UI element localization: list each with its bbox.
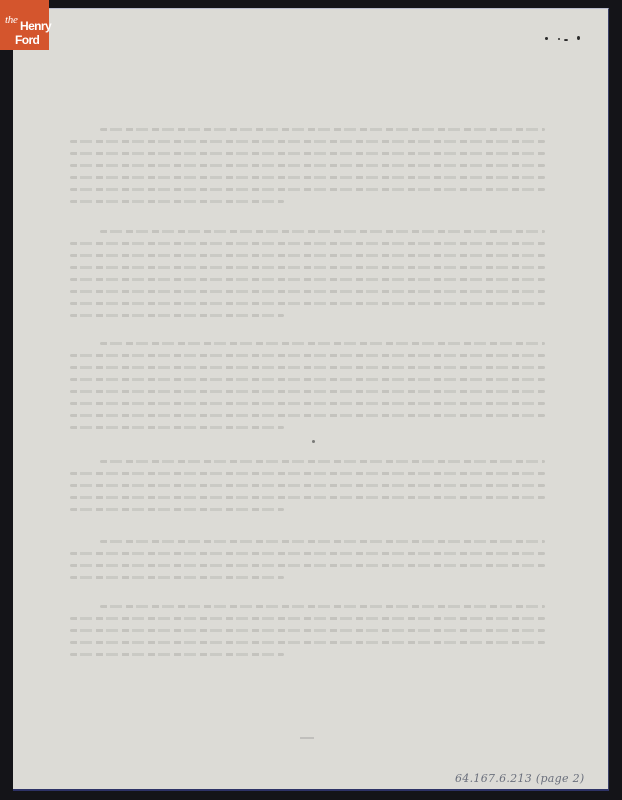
bleed-line (70, 629, 545, 632)
logo-henry: Henry (20, 19, 51, 33)
bleed-line (70, 414, 545, 417)
bleed-line (70, 564, 545, 567)
bleed-line (100, 128, 545, 131)
bleed-line (70, 426, 284, 429)
logo-the: the (5, 14, 18, 26)
bleed-line (100, 540, 545, 543)
bleed-line (70, 314, 284, 317)
bleed-line (70, 266, 545, 269)
bleed-line (70, 290, 545, 293)
bleed-paragraph (70, 128, 545, 212)
bleed-paragraph (70, 460, 545, 520)
bleed-line (70, 140, 545, 143)
bleed-line (70, 496, 545, 499)
bleed-line (70, 508, 284, 511)
bleed-line (70, 164, 545, 167)
bleed-line (70, 152, 545, 155)
bleed-line (70, 390, 545, 393)
bleed-line (100, 460, 545, 463)
ink-specks (544, 36, 584, 46)
bleed-line (70, 176, 545, 179)
bleed-line (70, 302, 545, 305)
bleed-line (100, 342, 545, 345)
faint-mark (300, 737, 314, 739)
bleed-line (70, 653, 284, 656)
bleed-line (70, 354, 545, 357)
bleed-line (70, 617, 545, 620)
bleed-line (70, 278, 545, 281)
bleed-line (100, 230, 545, 233)
ink-dot (312, 440, 315, 443)
bleed-line (70, 472, 545, 475)
bleed-line (70, 484, 545, 487)
bleed-paragraph (70, 605, 545, 665)
bleed-paragraph (70, 540, 545, 588)
bleed-line (70, 366, 545, 369)
bleed-line (70, 188, 545, 191)
logo-ford: Ford (15, 33, 39, 47)
henry-ford-logo: the Henry Ford (0, 0, 49, 50)
bleed-line (70, 641, 545, 644)
bleed-paragraph (70, 230, 545, 326)
catalog-number: 64.167.6.213 (page 2) (455, 772, 585, 785)
bleed-line (70, 402, 545, 405)
bleed-line (100, 605, 545, 608)
bleed-line (70, 242, 545, 245)
bleed-paragraph (70, 342, 545, 438)
bleed-line (70, 200, 284, 203)
bleed-line (70, 378, 545, 381)
bleed-line (70, 254, 545, 257)
bleed-line (70, 552, 545, 555)
bleed-line (70, 576, 284, 579)
